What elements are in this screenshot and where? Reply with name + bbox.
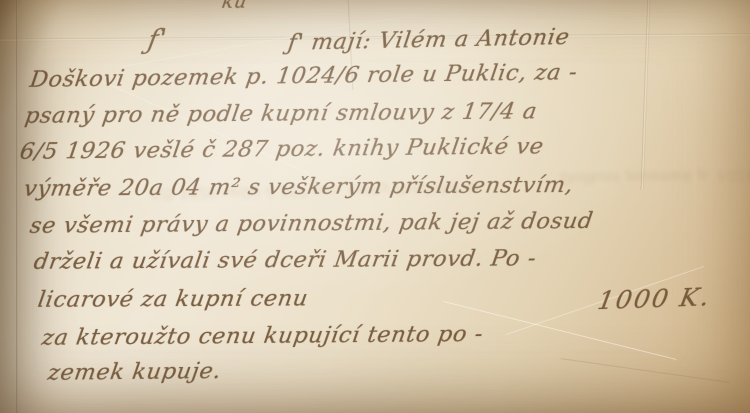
handwriting-line: zemek kupuje. <box>46 360 222 384</box>
insertion-mark: ƒ' <box>146 26 169 54</box>
vertical-crease <box>641 0 651 190</box>
handwriting-line: licarové za kupní cenu <box>36 288 309 312</box>
handwriting-line: výměře 20a 04 m² s veškerým příslušenstv… <box>22 174 575 200</box>
handwriting-line: se všemi právy a povinnostmi, pak jej až… <box>28 210 594 237</box>
ink-offset-ghost: Doškovi pozemek p. 1024/6 role u Puklic,… <box>560 166 740 187</box>
manuscript-photo: Doškovi pozemek p. 1024/6 role u Puklic,… <box>0 0 750 413</box>
handwriting-line: 6/5 1926 vešlé č 287 poz. knihy Puklické… <box>18 136 545 164</box>
handwriting-fragment-top: ku <box>221 0 249 12</box>
handwriting-line: ƒ' mají: Vilém a Antonie <box>286 26 571 54</box>
handwriting-line: za kteroužto cenu kupující tento po - <box>40 323 484 349</box>
handwriting-line: drželi a užívali své dceři Marii provd. … <box>32 247 538 273</box>
handwriting-line: Doškovi pozemek p. 1024/6 role u Puklic,… <box>28 61 579 91</box>
handwriting-line: psaný pro ně podle kupní smlouvy z 17/4 … <box>23 101 538 128</box>
scratch-mark <box>561 358 729 383</box>
left-edge-crease <box>16 0 18 413</box>
purchase-price: 1000 K. <box>596 284 713 313</box>
